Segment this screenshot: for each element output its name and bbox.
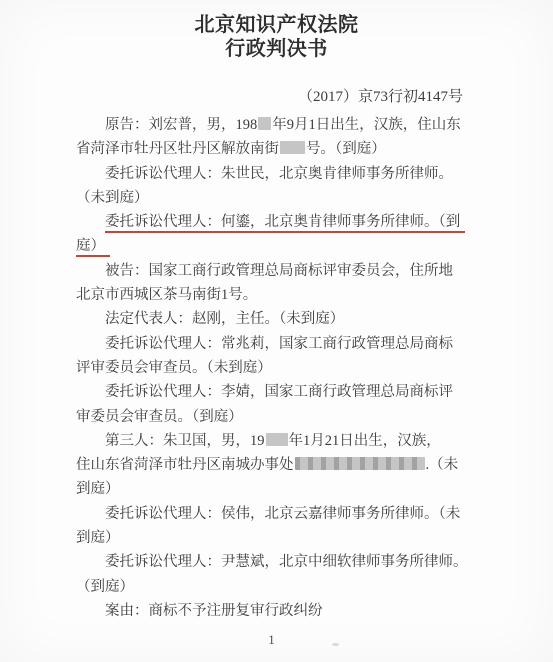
line-content: 第三人：朱卫国，男，19年1月21日出生，汉族， [105, 433, 441, 449]
line-content: 委托诉讼代理人：侯伟，北京云嘉律师事务所律师。（未 [105, 506, 460, 522]
line-text: 到庭） [76, 530, 120, 546]
redaction-box [280, 141, 305, 154]
line-text: 年1月21日出生，汉族， [289, 433, 441, 449]
case-number: （2017）京73行初4147号 [0, 86, 553, 108]
document-body: 原告：刘宏普，男，198年9月1日出生，汉族，住山东省菏泽市牡丹区牡丹区解放南街… [76, 113, 476, 623]
line-content: 审委员会审查员。（到庭） [76, 409, 243, 425]
redaction-box [258, 117, 271, 130]
judgment-page: 北京知识产权法院 行政判决书 （2017）京73行初4147号 原告：刘宏普，男… [0, 0, 553, 662]
document-header: 北京知识产权法院 行政判决书 [0, 0, 553, 61]
line-text: 委托诉讼代理人：何鎏，北京奥肯律师事务所律师。（到 [105, 214, 460, 230]
line-text: 委托诉讼代理人：常兆莉，国家工商行政管理总局商标 [105, 336, 453, 352]
document-line: 第三人：朱卫国，男，19年1月21日出生，汉族， [76, 429, 476, 453]
line-content: 庭） [76, 238, 110, 257]
line-content: 北京市西城区茶马南街1号。 [76, 287, 257, 303]
line-text: 年9月1日出生，汉族，住山东 [272, 117, 461, 133]
line-content: 被告：国家工商行政管理总局商标评审委员会，住所地 [105, 263, 453, 279]
document-line: 审委员会审查员。（到庭） [76, 405, 476, 429]
document-type-title: 行政判决书 [0, 37, 553, 61]
document-line-underlined: 庭） [76, 234, 476, 258]
redaction-box [266, 433, 288, 446]
line-text: 案由：商标不予注册复审行政纠纷 [105, 603, 323, 619]
line-text: 委托诉讼代理人：侯伟，北京云嘉律师事务所律师。（未 [105, 506, 460, 522]
document-line: （到庭） [76, 575, 476, 599]
document-line: 被告：国家工商行政管理总局商标评审委员会，住所地 [76, 259, 476, 283]
document-line: 委托诉讼代理人：常兆莉，国家工商行政管理总局商标 [76, 332, 476, 356]
line-text: 委托诉讼代理人：尹慧斌，北京中细软律师事务所律师。 [105, 554, 468, 570]
line-content: 省菏泽市牡丹区牡丹区解放南街号。（到庭） [76, 141, 386, 157]
line-text: 到庭） [76, 481, 120, 497]
line-text: （到庭） [76, 579, 134, 595]
line-text: 审委员会审查员。（到庭） [76, 409, 243, 425]
line-text: 评审委员会审查员。（未到庭） [76, 360, 272, 376]
line-text: 第三人：朱卫国，男，19 [105, 433, 265, 449]
line-text: 住山东省菏泽市牡丹区南城办事处 [76, 457, 294, 473]
line-content: 原告：刘宏普，男，198年9月1日出生，汉族，住山东 [105, 117, 461, 133]
document-line: 委托诉讼代理人：尹慧斌，北京中细软律师事务所律师。 [76, 550, 476, 574]
line-content: 案由：商标不予注册复审行政纠纷 [105, 603, 323, 619]
line-text: 北京市西城区茶马南街1号。 [76, 287, 257, 303]
document-line: 原告：刘宏普，男，198年9月1日出生，汉族，住山东 [76, 113, 476, 137]
line-text: 被告：国家工商行政管理总局商标评审委员会，住所地 [105, 263, 453, 279]
line-content: 委托诉讼代理人：李婧，国家工商行政管理总局商标评 [105, 384, 453, 400]
document-line: 委托诉讼代理人：朱世民，北京奥肯律师事务所律师。 [76, 162, 476, 186]
line-text: .（未 [426, 457, 459, 473]
document-line: 评审委员会审查员。（未到庭） [76, 356, 476, 380]
document-line: 到庭） [76, 477, 476, 501]
line-content: 到庭） [76, 481, 120, 497]
line-content: （到庭） [76, 579, 134, 595]
line-content: 法定代表人：赵刚，主任。（未到庭） [105, 311, 344, 327]
line-text: 省菏泽市牡丹区牡丹区解放南街 [76, 141, 279, 157]
document-line: 省菏泽市牡丹区牡丹区解放南街号。（到庭） [76, 137, 476, 161]
line-content: 委托诉讼代理人：朱世民，北京奥肯律师事务所律师。 [105, 166, 453, 182]
line-text: 原告：刘宏普，男，198 [105, 117, 257, 133]
document-line: 住山东省菏泽市牡丹区南城办事处.（未 [76, 453, 476, 477]
line-text: （未到庭） [76, 190, 149, 206]
line-content: 评审委员会审查员。（未到庭） [76, 360, 272, 376]
line-content: 住山东省菏泽市牡丹区南城办事处.（未 [76, 457, 458, 473]
document-line: （未到庭） [76, 186, 476, 210]
line-content: 委托诉讼代理人：常兆莉，国家工商行政管理总局商标 [105, 336, 453, 352]
document-line: 到庭） [76, 526, 476, 550]
line-text: 委托诉讼代理人：李婧，国家工商行政管理总局商标评 [105, 384, 453, 400]
page-number: 1 [0, 632, 548, 648]
line-text: 庭） [76, 238, 105, 254]
document-line: 北京市西城区茶马南街1号。 [76, 283, 476, 307]
line-text: 号。（到庭） [306, 141, 386, 157]
line-content: 委托诉讼代理人：尹慧斌，北京中细软律师事务所律师。 [105, 554, 468, 570]
document-line: 法定代表人：赵刚，主任。（未到庭） [76, 307, 476, 331]
document-line: 委托诉讼代理人：侯伟，北京云嘉律师事务所律师。（未 [76, 502, 476, 526]
redaction-box [295, 457, 425, 470]
scan-speck [332, 643, 339, 646]
document-line: 案由：商标不予注册复审行政纠纷 [76, 599, 476, 623]
court-name: 北京知识产权法院 [0, 13, 553, 37]
line-content: 委托诉讼代理人：何鎏，北京奥肯律师事务所律师。（到 [105, 214, 465, 233]
line-text: 委托诉讼代理人：朱世民，北京奥肯律师事务所律师。 [105, 166, 453, 182]
line-text: 法定代表人：赵刚，主任。（未到庭） [105, 311, 344, 327]
line-content: 到庭） [76, 530, 120, 546]
line-content: （未到庭） [76, 190, 149, 206]
document-line: 委托诉讼代理人：李婧，国家工商行政管理总局商标评 [76, 380, 476, 404]
document-line-underlined: 委托诉讼代理人：何鎏，北京奥肯律师事务所律师。（到 [76, 210, 476, 234]
